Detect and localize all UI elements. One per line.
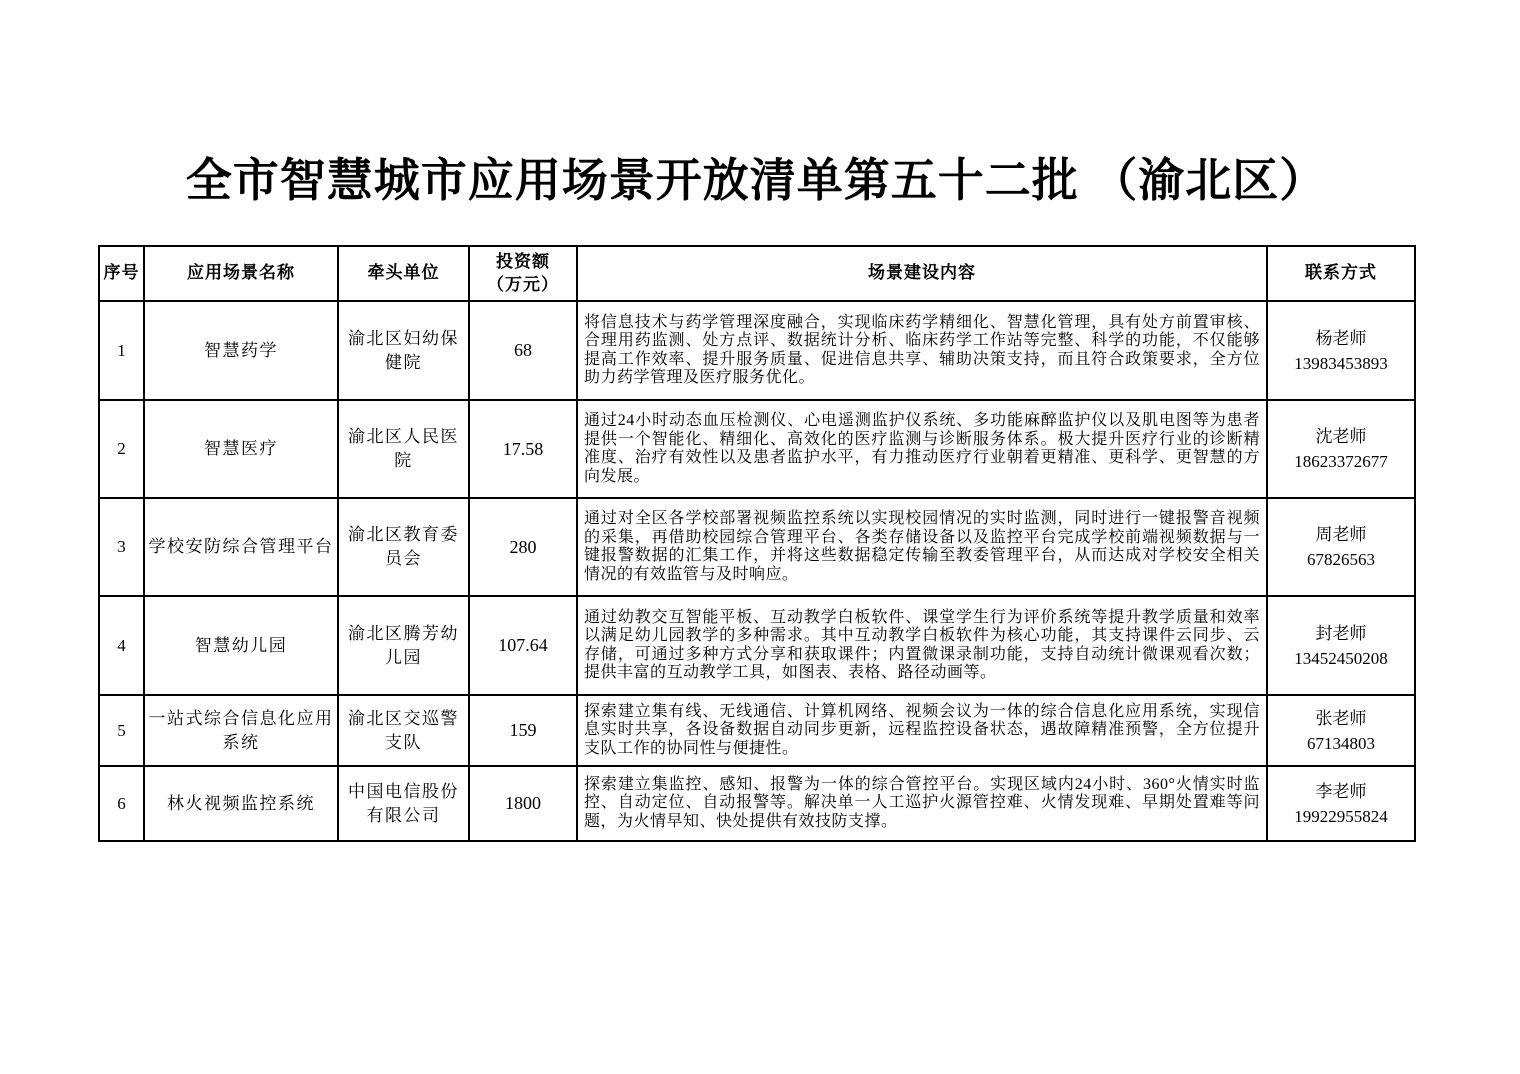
scenario-name-cell: 一站式综合信息化应用系统	[144, 695, 338, 766]
contact-cell: 杨老师 13983453893	[1267, 301, 1415, 400]
content-cell: 通过幼教交互智能平板、互动教学白板软件、课堂学生行为评价系统等提升教学质量和效率…	[577, 596, 1267, 695]
contact-phone: 13452450208	[1269, 646, 1413, 671]
lead-unit-cell: 渝北区交巡警支队	[338, 695, 469, 766]
page-title: 全市智慧城市应用场景开放清单第五十二批 （渝北区）	[98, 144, 1414, 210]
scenario-table: 序号 应用场景名称 牵头单位 投资额 （万元） 场景建设内容 联系方式 1 智慧…	[98, 245, 1416, 842]
index-cell: 2	[99, 400, 144, 498]
column-header-unit: 牵头单位	[338, 246, 469, 301]
column-header-investment: 投资额 （万元）	[469, 246, 577, 301]
contact-name: 沈老师	[1269, 424, 1413, 449]
index-cell: 6	[99, 766, 144, 841]
lead-unit-cell: 渝北区教育委员会	[338, 498, 469, 596]
scenario-name-cell: 学校安防综合管理平台	[144, 498, 338, 596]
index-cell: 5	[99, 695, 144, 766]
table-row: 3 学校安防综合管理平台 渝北区教育委员会 280 通过对全区各学校部署视频监控…	[99, 498, 1415, 596]
content-cell: 通过对全区各学校部署视频监控系统以实现校园情况的实时监测，同时进行一键报警音视频…	[577, 498, 1267, 596]
investment-cell: 159	[469, 695, 577, 766]
investment-cell: 17.58	[469, 400, 577, 498]
contact-phone: 67134803	[1269, 731, 1413, 756]
contact-name: 张老师	[1269, 706, 1413, 731]
contact-phone: 67826563	[1269, 547, 1413, 572]
investment-cell: 280	[469, 498, 577, 596]
contact-cell: 沈老师 18623372677	[1267, 400, 1415, 498]
index-cell: 4	[99, 596, 144, 695]
scenario-name-cell: 林火视频监控系统	[144, 766, 338, 841]
content-cell: 通过24小时动态血压检测仪、心电遥测监护仪系统、多功能麻醉监护仪以及肌电图等为患…	[577, 400, 1267, 498]
contact-cell: 张老师 67134803	[1267, 695, 1415, 766]
contact-name: 李老师	[1269, 779, 1413, 804]
content-cell: 将信息技术与药学管理深度融合，实现临床药学精细化、智慧化管理，具有处方前置审核、…	[577, 301, 1267, 400]
investment-header-line1: 投资额	[472, 251, 574, 273]
lead-unit-cell: 渝北区妇幼保健院	[338, 301, 469, 400]
content-cell: 探索建立集监控、感知、报警为一体的综合管控平台。实现区域内24小时、360°火情…	[577, 766, 1267, 841]
contact-cell: 封老师 13452450208	[1267, 596, 1415, 695]
column-header-contact: 联系方式	[1267, 246, 1415, 301]
contact-phone: 19922955824	[1269, 804, 1413, 829]
contact-phone: 18623372677	[1269, 449, 1413, 474]
investment-header-line2: （万元）	[472, 274, 574, 296]
index-cell: 3	[99, 498, 144, 596]
table-row: 6 林火视频监控系统 中国电信股份有限公司 1800 探索建立集监控、感知、报警…	[99, 766, 1415, 841]
column-header-index: 序号	[99, 246, 144, 301]
investment-cell: 1800	[469, 766, 577, 841]
contact-name: 周老师	[1269, 522, 1413, 547]
header-row: 序号 应用场景名称 牵头单位 投资额 （万元） 场景建设内容 联系方式	[99, 246, 1415, 301]
table-row: 5 一站式综合信息化应用系统 渝北区交巡警支队 159 探索建立集有线、无线通信…	[99, 695, 1415, 766]
contact-name: 封老师	[1269, 621, 1413, 646]
table-row: 4 智慧幼儿园 渝北区腾芳幼儿园 107.64 通过幼教交互智能平板、互动教学白…	[99, 596, 1415, 695]
column-header-name: 应用场景名称	[144, 246, 338, 301]
scenario-name-cell: 智慧医疗	[144, 400, 338, 498]
lead-unit-cell: 渝北区腾芳幼儿园	[338, 596, 469, 695]
contact-phone: 13983453893	[1269, 351, 1413, 376]
scenario-name-cell: 智慧药学	[144, 301, 338, 400]
investment-cell: 107.64	[469, 596, 577, 695]
table-row: 1 智慧药学 渝北区妇幼保健院 68 将信息技术与药学管理深度融合，实现临床药学…	[99, 301, 1415, 400]
investment-cell: 68	[469, 301, 577, 400]
contact-cell: 周老师 67826563	[1267, 498, 1415, 596]
content-cell: 探索建立集有线、无线通信、计算机网络、视频会议为一体的综合信息化应用系统，实现信…	[577, 695, 1267, 766]
lead-unit-cell: 中国电信股份有限公司	[338, 766, 469, 841]
lead-unit-cell: 渝北区人民医院	[338, 400, 469, 498]
contact-cell: 李老师 19922955824	[1267, 766, 1415, 841]
index-cell: 1	[99, 301, 144, 400]
scenario-name-cell: 智慧幼儿园	[144, 596, 338, 695]
contact-name: 杨老师	[1269, 326, 1413, 351]
table-row: 2 智慧医疗 渝北区人民医院 17.58 通过24小时动态血压检测仪、心电遥测监…	[99, 400, 1415, 498]
column-header-content: 场景建设内容	[577, 246, 1267, 301]
